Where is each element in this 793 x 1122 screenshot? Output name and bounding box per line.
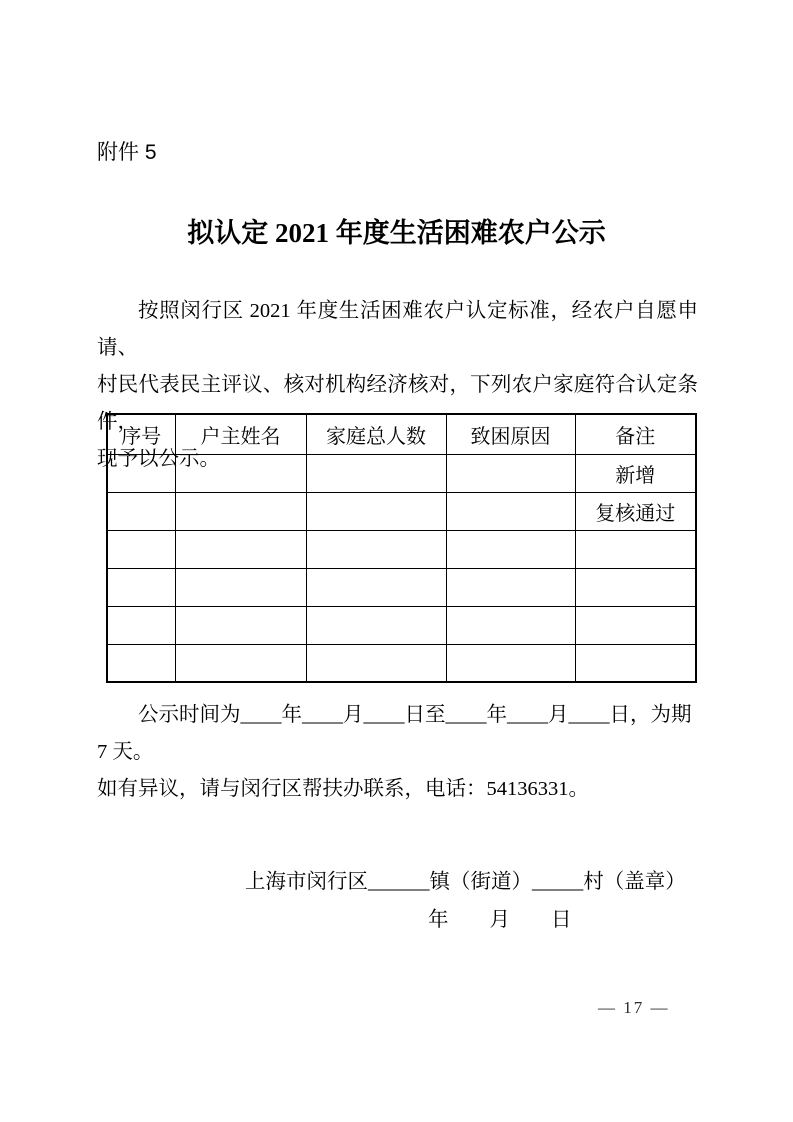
cell-householder-name — [175, 492, 306, 530]
notice-line-2: 如有异议，请与闵行区帮扶办联系，电话：54136331。 — [97, 771, 698, 808]
table-row — [107, 568, 696, 606]
col-header-remarks: 备注 — [575, 414, 696, 454]
cell-poverty-cause — [446, 606, 575, 644]
col-header-poverty-cause: 致困原因 — [446, 414, 575, 454]
page-title: 拟认定 2021 年度生活困难农户公示 — [0, 215, 793, 251]
cell-seq — [107, 568, 175, 606]
cell-poverty-cause — [446, 568, 575, 606]
table-header-row: 序号 户主姓名 家庭总人数 致困原因 备注 — [107, 414, 696, 454]
notice-line-1: 公示时间为____年____月____日至____年____月____日，为期 … — [97, 697, 698, 771]
col-header-family-size: 家庭总人数 — [306, 414, 446, 454]
cell-poverty-cause — [446, 530, 575, 568]
cell-householder-name — [175, 644, 306, 682]
cell-family-size — [306, 530, 446, 568]
cell-householder-name — [175, 606, 306, 644]
cell-remarks — [575, 568, 696, 606]
cell-seq — [107, 530, 175, 568]
cell-poverty-cause — [446, 454, 575, 492]
attachment-label: 附件 5 — [97, 139, 157, 167]
cell-seq — [107, 606, 175, 644]
signature-date-line: 年 月 日 — [428, 906, 572, 934]
notice-paragraph: 公示时间为____年____月____日至____年____月____日，为期 … — [97, 697, 698, 808]
cell-seq — [107, 492, 175, 530]
cell-family-size — [306, 568, 446, 606]
cell-family-size — [306, 606, 446, 644]
cell-householder-name — [175, 454, 306, 492]
table-row — [107, 530, 696, 568]
cell-householder-name — [175, 530, 306, 568]
cell-seq — [107, 454, 175, 492]
table-row: 新增 — [107, 454, 696, 492]
cell-poverty-cause — [446, 644, 575, 682]
cell-family-size — [306, 454, 446, 492]
cell-seq — [107, 644, 175, 682]
cell-poverty-cause — [446, 492, 575, 530]
col-header-householder-name: 户主姓名 — [175, 414, 306, 454]
households-table: 序号 户主姓名 家庭总人数 致困原因 备注 新增 复核通过 — [106, 413, 697, 683]
table-row — [107, 644, 696, 682]
col-header-seq: 序号 — [107, 414, 175, 454]
cell-remarks: 新增 — [575, 454, 696, 492]
cell-remarks — [575, 606, 696, 644]
intro-line-1: 按照闵行区 2021 年度生活困难农户认定标准，经农户自愿申请、 — [97, 293, 698, 367]
cell-family-size — [306, 492, 446, 530]
page-number: — 17 — — [598, 998, 670, 1018]
table-row: 复核通过 — [107, 492, 696, 530]
cell-remarks — [575, 644, 696, 682]
table-row — [107, 606, 696, 644]
cell-remarks: 复核通过 — [575, 492, 696, 530]
cell-family-size — [306, 644, 446, 682]
signature-org-line: 上海市闵行区______镇（街道）_____村（盖章） — [245, 868, 686, 896]
cell-householder-name — [175, 568, 306, 606]
cell-remarks — [575, 530, 696, 568]
document-page: 附件 5 拟认定 2021 年度生活困难农户公示 按照闵行区 2021 年度生活… — [0, 0, 793, 1122]
